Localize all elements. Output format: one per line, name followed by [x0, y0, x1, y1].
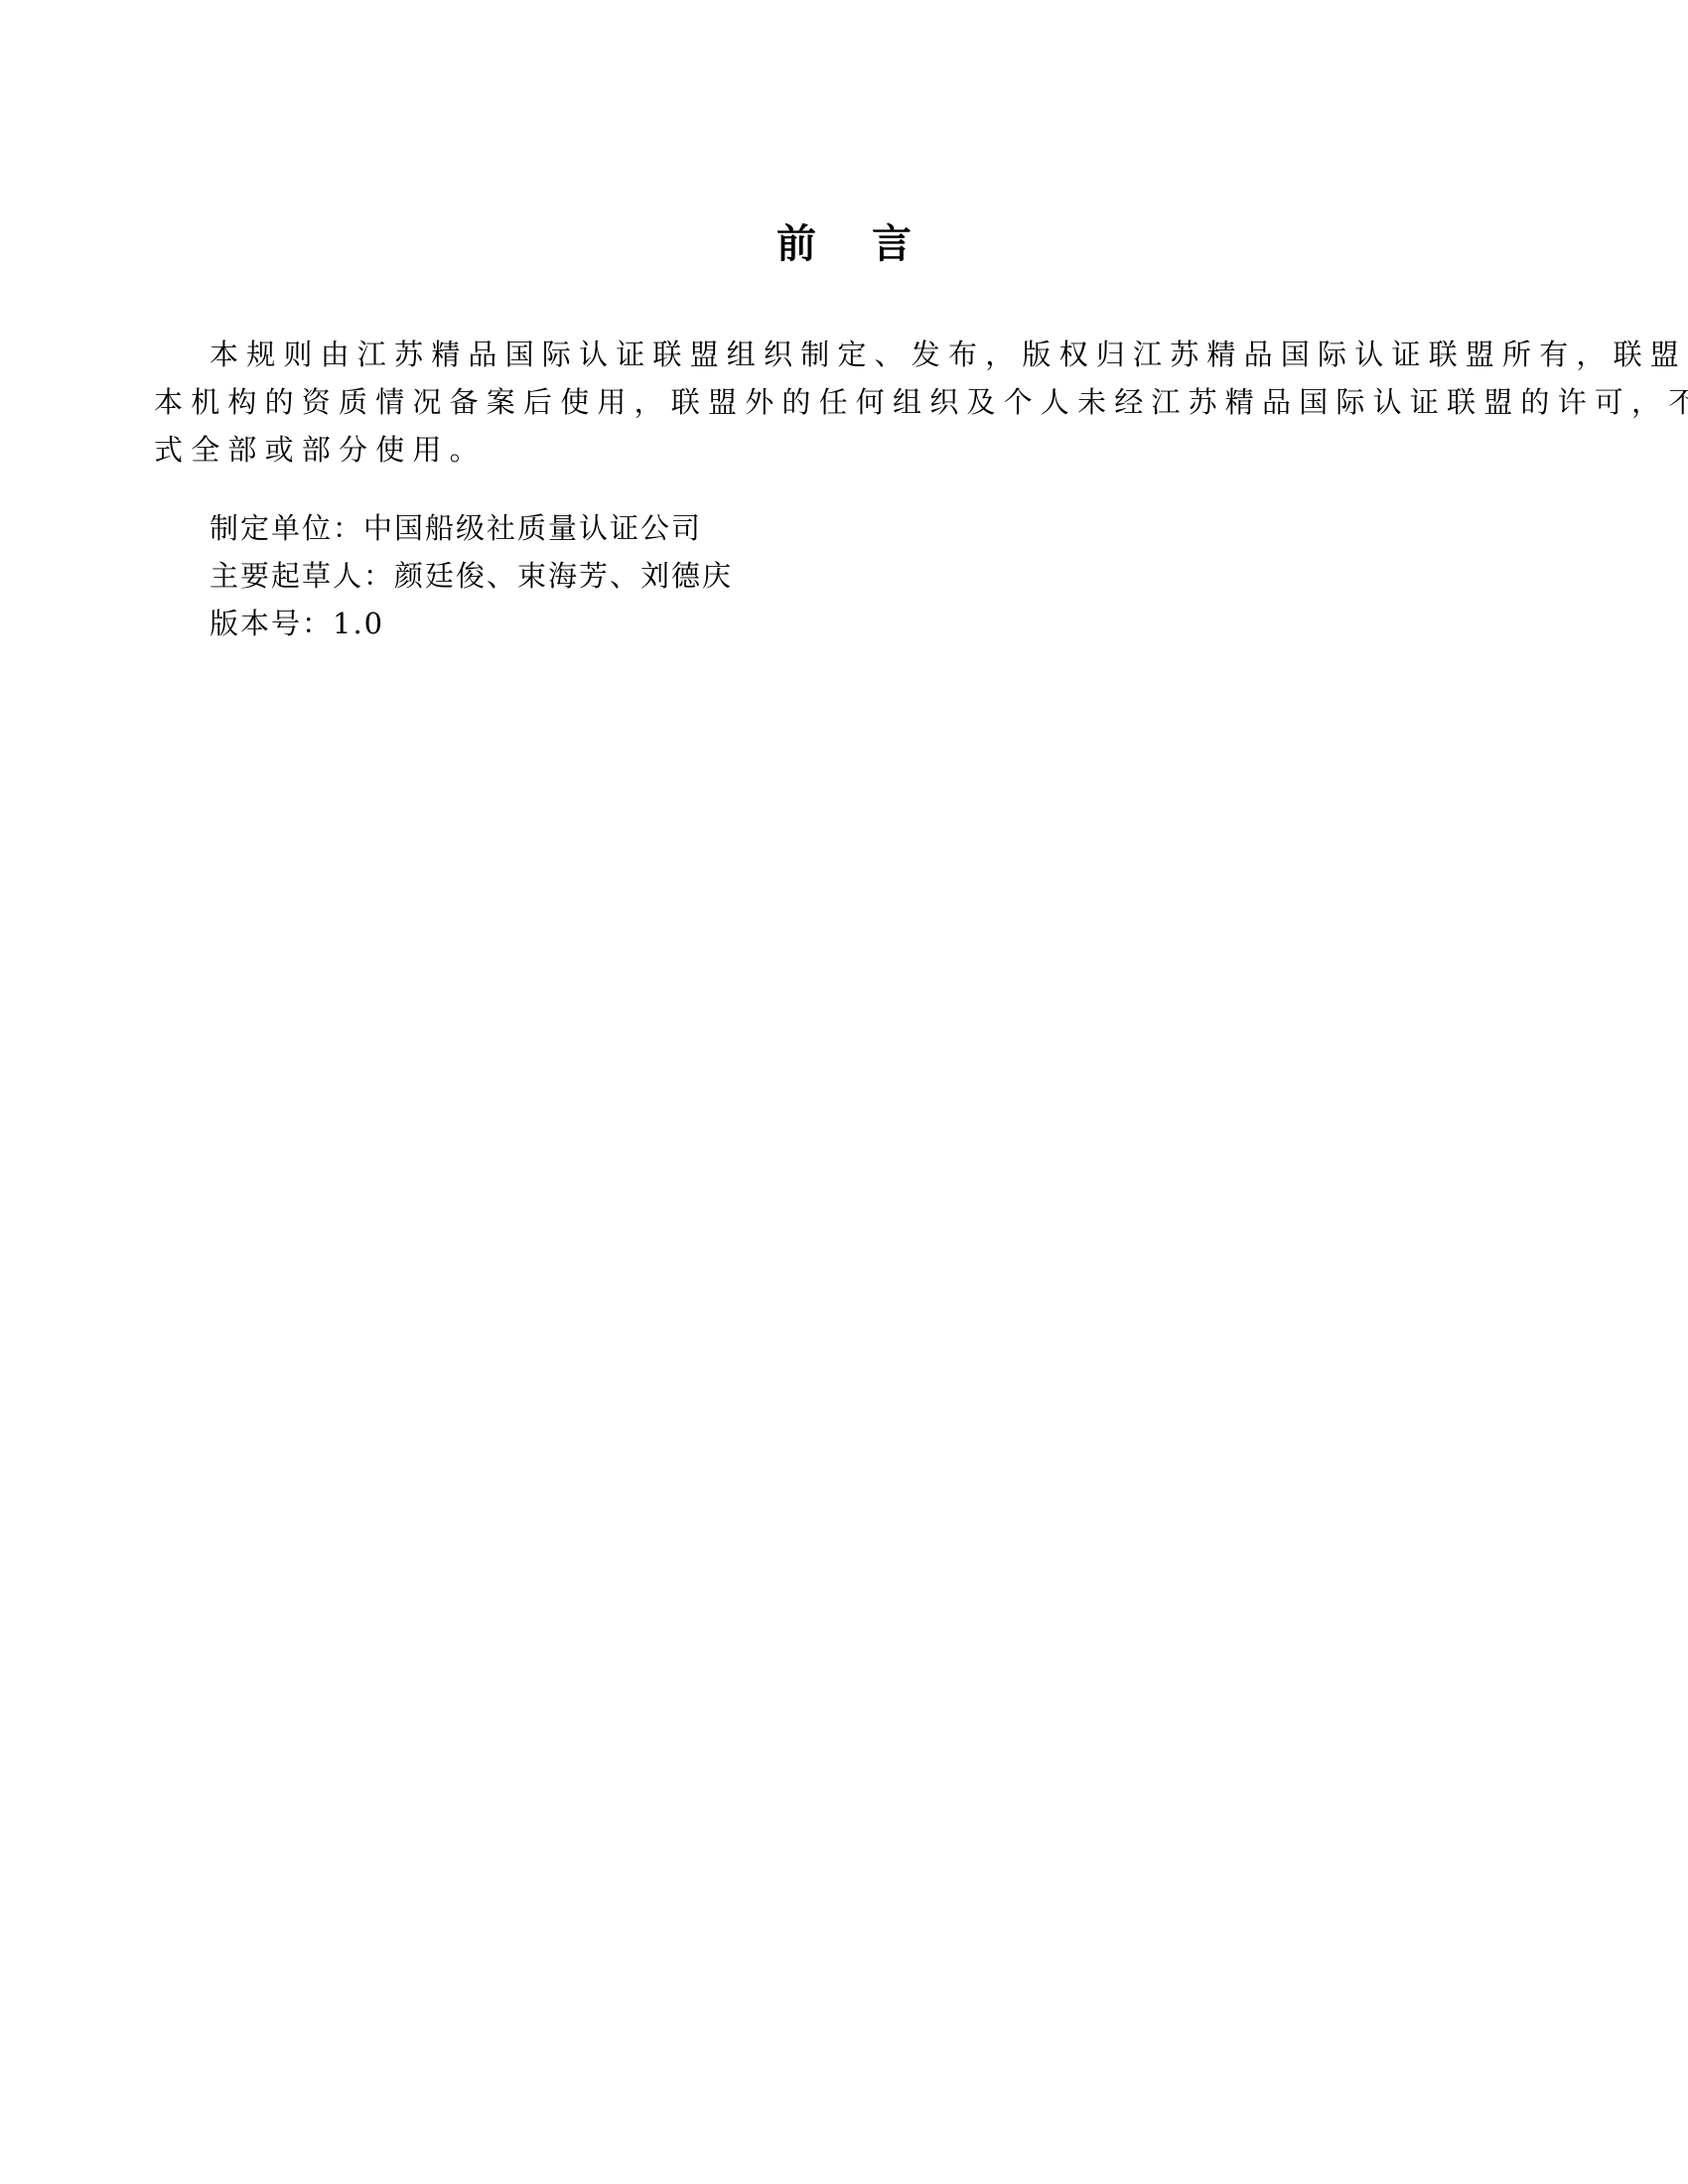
- title-char-2: 言: [872, 216, 912, 272]
- title-char-1: 前: [776, 216, 816, 272]
- preface-paragraph: 本规则由江苏精品国际认证联盟组织制定、发布，版权归江苏精品国际认证联盟所有，联盟…: [154, 331, 1544, 474]
- drafters-line: 主要起草人：颜廷俊、束海芳、刘德庆: [210, 552, 733, 600]
- page-title: 前言: [0, 216, 1688, 272]
- paragraph-line: 本机构的资质情况备案后使用，联盟外的任何组织及个人未经江苏精品国际认证联盟的许可…: [154, 378, 1544, 426]
- paragraph-line: 本规则由江苏精品国际认证联盟组织制定、发布，版权归江苏精品国际认证联盟所有，联盟…: [154, 331, 1544, 378]
- issuer-line: 制定单位：中国船级社质量认证公司: [210, 504, 733, 552]
- document-meta: 制定单位：中国船级社质量认证公司 主要起草人：颜廷俊、束海芳、刘德庆 版本号：1…: [210, 504, 733, 647]
- version-line: 版本号：1.0: [210, 600, 733, 647]
- paragraph-line: 式全部或部分使用。: [154, 426, 1544, 474]
